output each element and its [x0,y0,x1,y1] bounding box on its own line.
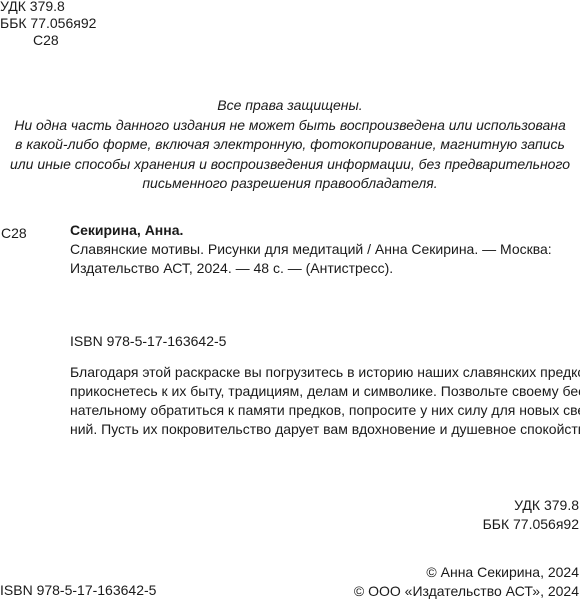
catalog-author-mark: С28 [1,225,27,241]
author-name: Секирина, Анна. [70,221,552,240]
copyright-notices: © Анна Секирина, 2024 © ООО «Издательств… [354,563,579,600]
udk-code: УДК 379.8 [483,496,579,515]
annotation-line: прикоснетесь к их быту, традициям, делам… [70,382,580,401]
rights-line: в какой-либо форме, включая электронную,… [0,135,580,155]
bibliographic-description: Секирина, Анна. Славянские мотивы. Рисун… [70,221,552,278]
rights-line: Все права защищены. [0,96,580,116]
description-line: Славянские мотивы. Рисунки для медитаций… [70,240,552,259]
annotation-line: Благодаря этой раскраске вы погрузитесь … [70,363,580,382]
rights-line: или иные способы хранения и воспроизведе… [0,155,580,175]
annotation: Благодаря этой раскраске вы погрузитесь … [70,363,580,439]
footer-classification-codes: УДК 379.8 ББК 77.056я92 [483,496,579,534]
rights-notice: Все права защищены. Ни одна часть данног… [0,96,580,194]
header-classification-codes: УДК 379.8 ББК 77.056я92 С28 [0,0,96,49]
annotation-line: ний. Пусть их покровительство дарует вам… [70,420,580,439]
udk-code: УДК 379.8 [0,0,96,15]
copyright-author: © Анна Секирина, 2024 [354,563,579,582]
rights-line: письменного разрешения правообладателя. [0,174,580,194]
description-line: Издательство АСТ, 2024. — 48 с. — (Антис… [70,259,552,278]
annotation-line: нательному обратиться к памяти предков, … [70,401,580,420]
bbk-code: ББК 77.056я92 [483,515,579,534]
bbk-code: ББК 77.056я92 [0,15,96,32]
isbn-footer: ISBN 978-5-17-163642-5 [0,582,156,598]
author-mark: С28 [0,32,96,49]
copyright-publisher: © ООО «Издательство АСТ», 2024 [354,582,579,600]
rights-line: Ни одна часть данного издания не может б… [0,116,580,136]
isbn-catalog: ISBN 978-5-17-163642-5 [70,333,226,349]
